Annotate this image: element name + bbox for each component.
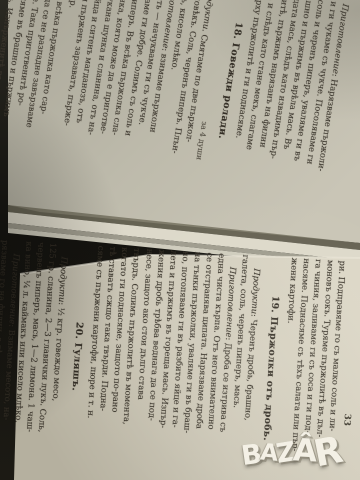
book-photo: Приготовление: Нарязваме пържоли-тѣ и ги… (0, 0, 360, 480)
bazar-watermark: BAZÂR (240, 427, 360, 468)
page-number: 33 (341, 413, 352, 426)
watermark-letter: R (311, 431, 346, 473)
